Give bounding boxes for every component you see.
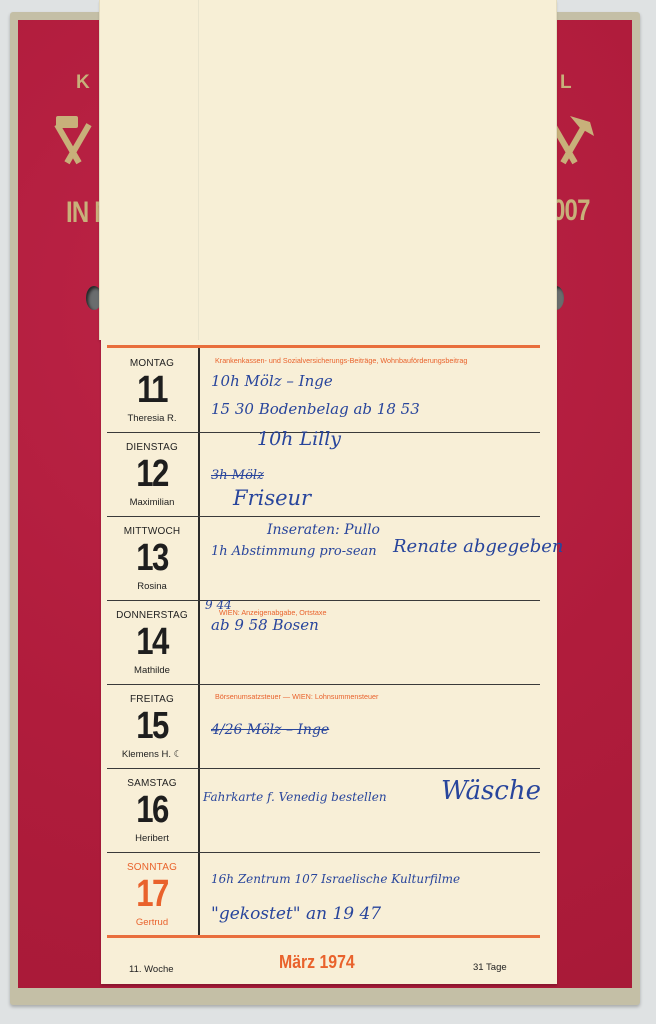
handwritten-note: ab 9 58 Bosen	[211, 616, 319, 634]
weekday-label: MITTWOCH	[107, 526, 197, 537]
handwritten-note: 10h Lilly	[257, 428, 341, 450]
handwritten-note-crossed: 4/26 Mölz – Inge	[211, 722, 329, 738]
handwritten-note: "gekostet" an 19 47	[211, 904, 381, 924]
handwritten-note: Inseraten: Pullo	[267, 522, 380, 538]
day-number: 12	[115, 453, 189, 496]
month-year-title: März 1974	[279, 952, 355, 973]
weekday-label: SAMSTAG	[107, 778, 197, 789]
flipped-calendar-page[interactable]	[99, 0, 557, 340]
weekday-label: SONNTAG	[107, 862, 197, 873]
day-number: 15	[115, 705, 189, 748]
emblem-right-letter: L	[560, 72, 572, 94]
day-row-thursday[interactable]: DONNERSTAG 14 Mathilde WIEN: Anzeigenabg…	[107, 600, 540, 685]
day-number: 17	[115, 873, 189, 916]
emblem-right-text: 007	[552, 194, 590, 228]
saint-name: Rosina	[107, 581, 197, 592]
bottom-orange-rule	[107, 935, 540, 938]
handwritten-note: Friseur	[233, 486, 311, 510]
handwritten-note: Renate abgegeben	[393, 536, 564, 557]
day-row-wednesday[interactable]: MITTWOCH 13 Rosina Inseraten: Pullo 1h A…	[107, 516, 540, 601]
day-row-tuesday[interactable]: DIENSTAG 12 Maximilian 10h Lilly 3h Mölz…	[107, 432, 540, 517]
handwritten-note: Wäsche	[441, 776, 541, 806]
saint-name: Mathilde	[107, 665, 197, 676]
saint-name: Gertrud	[107, 917, 197, 928]
tax-notice: Börsenumsatzsteuer — WIEN: Lohnsummenste…	[215, 692, 378, 701]
day-number: 13	[115, 537, 189, 580]
saint-name: Theresia R.	[107, 413, 197, 424]
saint-name: Heribert	[107, 833, 197, 844]
handwritten-note: 16h Zentrum 107 Israelische Kulturfilme	[211, 872, 460, 886]
handwritten-note: Fahrkarte f. Venedig bestellen	[203, 790, 387, 804]
weekday-label: MONTAG	[107, 358, 197, 369]
day-row-friday[interactable]: FREITAG 15 Klemens H. ☾ Börsenumsatzsteu…	[107, 684, 540, 769]
saint-name: Klemens H. ☾	[107, 749, 197, 760]
day-number: 16	[115, 789, 189, 832]
weekday-label: DONNERSTAG	[107, 610, 197, 621]
day-row-sunday[interactable]: SONNTAG 17 Gertrud 16h Zentrum 107 Israe…	[107, 852, 540, 936]
faint-divider	[198, 0, 199, 340]
calendar-page: MONTAG 11 Theresia R. Krankenkassen- und…	[101, 340, 557, 984]
day-row-monday[interactable]: MONTAG 11 Theresia R. Krankenkassen- und…	[107, 348, 540, 433]
handwritten-note: 15 30 Bodenbelag ab 18 53	[211, 400, 420, 418]
weekday-label: DIENSTAG	[107, 442, 197, 453]
tax-notice: Krankenkassen- und Sozialversicherungs-B…	[215, 356, 467, 365]
day-number: 14	[115, 621, 189, 664]
handwritten-note: 10h Mölz – Inge	[211, 372, 333, 390]
day-row-saturday[interactable]: SAMSTAG 16 Heribert Fahrkarte f. Venedig…	[107, 768, 540, 853]
hammer-and-pick-icon	[54, 112, 100, 168]
weekday-label: FREITAG	[107, 694, 197, 705]
handwritten-note: 9 44	[205, 598, 232, 612]
emblem-left-letter: K	[76, 72, 90, 94]
saint-name: Maximilian	[107, 497, 197, 508]
days-in-month: 31 Tage	[473, 962, 507, 973]
handwritten-note-crossed: 3h Mölz	[211, 468, 264, 483]
day-number: 11	[115, 369, 189, 412]
week-number: 11. Woche	[129, 964, 174, 975]
handwritten-note: 1h Abstimmung pro-sean	[211, 544, 377, 559]
